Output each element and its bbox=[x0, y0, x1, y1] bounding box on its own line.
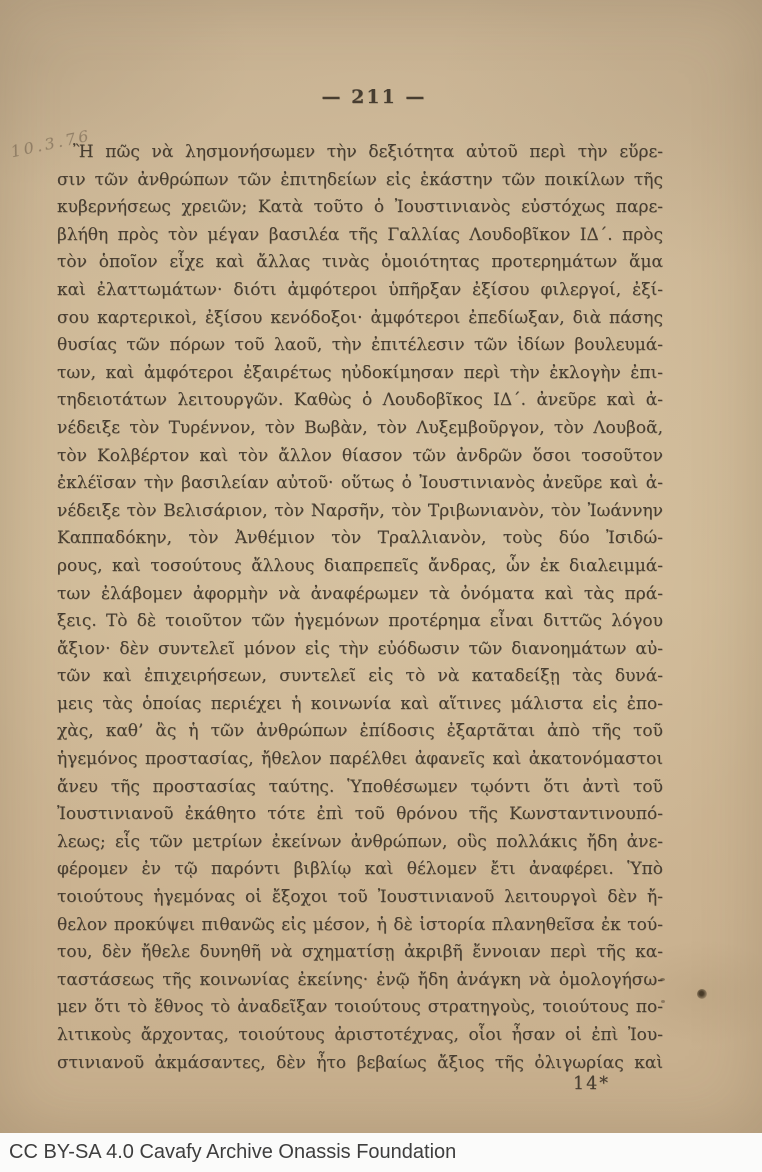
text-line: σιν τῶν ἀνθρώπων τῶν ἐπιτηδείων εἰς ἑκάσ… bbox=[57, 167, 663, 195]
text-line: λιτικοὺς ἄρχοντας, τοιούτους ἀριστοτέχνα… bbox=[57, 1022, 663, 1050]
text-line: των, καὶ ἀμφότεροι ἐξαιρέτως ηὐδοκίμησαν… bbox=[57, 360, 663, 388]
text-line: τοιούτους ἡγεμόνας οἱ ἔξοχοι τοῦ Ἰουστιν… bbox=[57, 884, 663, 912]
text-line: θελον προκύψει πιθανῶς εἰς μέσον, ἡ δὲ ἱ… bbox=[57, 912, 663, 940]
paper-blemish-dot bbox=[697, 989, 707, 999]
text-line: ἄνευ τῆς προστασίας ταύτης. Ὑποθέσωμεν τ… bbox=[57, 774, 663, 802]
text-line: νέδειξε τὸν Βελισάριον, τὸν Ναρσῆν, τὸν … bbox=[57, 498, 663, 526]
license-bar: CC BY-SA 4.0 Cavafy Archive Onassis Foun… bbox=[0, 1133, 762, 1172]
text-line: χὰς, καθ’ ἃς ἡ τῶν ἀνθρώπων ἐπίδοσις ἐξα… bbox=[57, 718, 663, 746]
text-line: ρους, καὶ τοσούτους ἄλλους διαπρεπεῖς ἄν… bbox=[57, 553, 663, 581]
text-line: λεως; εἷς τῶν μετρίων ἐκείνων ἀνθρώπων, … bbox=[57, 829, 663, 857]
page-number: — 211 — bbox=[0, 86, 748, 108]
text-line: φέρομεν ἐν τῷ παρόντι βιβλίῳ καὶ θέλομεν… bbox=[57, 856, 663, 884]
text-line: ταστάσεως τῆς κοινωνίας ἐκείνης· ἐνῷ ἤδη… bbox=[57, 967, 663, 995]
text-line: καὶ ἐλαττωμάτων· διότι ἀμφότεροι ὑπῆρξαν… bbox=[57, 277, 663, 305]
printer-signature: 14* bbox=[573, 1074, 610, 1094]
text-line: Καππαδόκην, τὸν Ἀνθέμιον τὸν Τραλλιανὸν,… bbox=[57, 525, 663, 553]
text-line: νέδειξε τὸν Τυρέννον, τὸν Βωβὰν, τὸν Λυξ… bbox=[57, 415, 663, 443]
text-line: τὸν ὁποῖον εἶχε καὶ ἄλλας τινὰς ὁμοιότητ… bbox=[57, 249, 663, 277]
text-line: του, δὲν ἤθελε δυνηθῆ νὰ σχηματίσῃ ἀκριβ… bbox=[57, 939, 663, 967]
text-line: μεις τὰς ὁποίας περιέχει ἡ κοινωνία καὶ … bbox=[57, 691, 663, 719]
paper-speck bbox=[661, 1000, 665, 1003]
text-line: ἐκλέϊσαν τὴν βασιλείαν αὐτοῦ· οὕτως ὁ Ἰο… bbox=[57, 470, 663, 498]
license-text: CC BY-SA 4.0 Cavafy Archive Onassis Foun… bbox=[9, 1141, 456, 1164]
body-text-block: Ἢ πῶς νὰ λησμονήσωμεν τὴν δεξιότητα αὐτο… bbox=[57, 139, 663, 1077]
text-line: τὸν Κολβέρτον καὶ τὸν ἄλλον θίασον τῶν ἀ… bbox=[57, 443, 663, 471]
text-line: ξεις. Τὸ δὲ τοιοῦτον τῶν ἡγεμόνων προτέρ… bbox=[57, 608, 663, 636]
text-line: σου καρτερικοὶ, ἐξίσου κενόδοξοι· ἀμφότε… bbox=[57, 305, 663, 333]
text-line: των ἐλάβομεν ἀφορμὴν νὰ ἀναφέρωμεν τὰ ὀν… bbox=[57, 581, 663, 609]
text-line: κυβερνήσεως χρειῶν; Κατὰ τοῦτο ὁ Ἰουστιν… bbox=[57, 194, 663, 222]
paper-speck bbox=[660, 978, 665, 981]
text-line: τηδειοτάτων λειτουργῶν. Καθὼς ὁ Λουδοβῖκ… bbox=[57, 387, 663, 415]
text-line: ἡγεμόνος προστασίας, ἤθελον παρέλθει ἀφα… bbox=[57, 746, 663, 774]
text-line: μεν ὅτι τὸ ἔθνος τὸ ἀναδεῖξαν τοιούτους … bbox=[57, 994, 663, 1022]
text-line: θυσίας τῶν πόρων τοῦ λαοῦ, τὴν ἐπιτέλεσι… bbox=[57, 332, 663, 360]
text-line: Ἰουστινιανοῦ ἐκάθητο τότε ἐπὶ τοῦ θρόνου… bbox=[57, 801, 663, 829]
text-line: βλήθη πρὸς τὸν μέγαν βασιλέα τῆς Γαλλίας… bbox=[57, 222, 663, 250]
text-line: ἄξιον· δὲν συντελεῖ μόνον εἰς τὴν εὐόδωσ… bbox=[57, 636, 663, 664]
text-line: τῶν καὶ ἐπιχειρήσεων, συντελεῖ εἰς τὸ νὰ… bbox=[57, 663, 663, 691]
book-page-scan: — 211 — 10.3.76 Ἢ πῶς νὰ λησμονήσωμεν τὴ… bbox=[0, 0, 762, 1133]
text-line: Ἢ πῶς νὰ λησμονήσωμεν τὴν δεξιότητα αὐτο… bbox=[57, 139, 663, 167]
